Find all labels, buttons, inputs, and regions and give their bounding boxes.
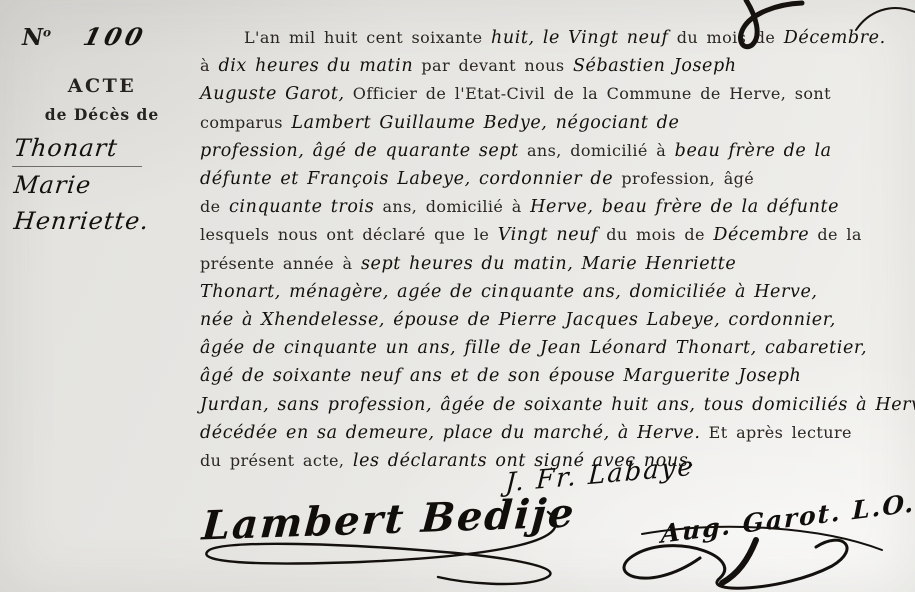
handwritten-segment: Herve, beau frère de la défunte [530, 197, 839, 217]
record-number-label: No [22, 24, 51, 51]
text-line: L'an mil huit cent soixante huit, le Vin… [200, 24, 908, 52]
printed-segment: par devant nous [421, 56, 573, 75]
printed-segment: du mois de [677, 28, 784, 47]
text-line: âgée de cinquante un ans, fille de Jean … [200, 334, 908, 362]
printed-segment: ans, domicilié à [382, 197, 530, 216]
deceased-name-line: Henriette. [12, 203, 198, 239]
handwritten-segment: défunte et François Labeye, cordonnier d… [200, 169, 621, 189]
handwritten-segment: née à Xhendelesse, épouse de Pierre Jacq… [200, 310, 836, 330]
printed-segment: Officier de l'Etat-Civil de la Commune d… [353, 84, 831, 103]
handwritten-segment: âgé de soixante neuf ans et de son épous… [200, 366, 801, 386]
margin-column: No 100 ACTE de Décès de ThonartMarieHenr… [8, 22, 196, 239]
printed-segment: de la [817, 225, 861, 244]
act-body-text: L'an mil huit cent soixante huit, le Vin… [200, 24, 908, 475]
handwritten-segment: Décembre [713, 225, 817, 245]
printed-segment: du mois de [606, 225, 713, 244]
handwritten-segment: sept heures du matin, Marie Henriette [361, 254, 736, 274]
text-line: née à Xhendelesse, épouse de Pierre Jacq… [200, 306, 908, 334]
handwritten-segment: Vingt neuf [498, 225, 607, 245]
text-line: comparus Lambert Guillaume Bedye, négoci… [200, 109, 908, 137]
printed-segment: à [200, 56, 218, 75]
text-line: profession, âgé de quarante sept ans, do… [200, 137, 908, 165]
text-line: Thonart, ménagère, agée de cinquante ans… [200, 278, 908, 306]
handwritten-segment: cinquante trois [229, 197, 382, 217]
record-number: No 100 [8, 22, 196, 51]
text-line: lesquels nous ont déclaré que le Vingt n… [200, 221, 908, 249]
printed-segment: L'an mil huit cent soixante [244, 28, 491, 47]
handwritten-segment: Jurdan, sans profession, âgée de soixant… [200, 395, 915, 415]
handwritten-segment: huit, le Vingt neuf [491, 28, 677, 48]
printed-segment: profession, âgé [621, 169, 754, 188]
printed-segment: de [200, 197, 229, 216]
garot-thick-stroke-icon [722, 540, 756, 583]
acte-subtitle: de Décès de [8, 105, 196, 124]
text-line: Auguste Garot, Officier de l'Etat-Civil … [200, 80, 908, 108]
text-line: décédée en sa demeure, place du marché, … [200, 419, 908, 447]
handwritten-segment: Auguste Garot, [200, 84, 353, 104]
handwritten-segment: beau frère de la [675, 141, 832, 161]
deceased-name-block: ThonartMarieHenriette. [8, 130, 196, 239]
garot-flourish-icon [624, 540, 847, 588]
text-line: à dix heures du matin par devant nous Sé… [200, 52, 908, 80]
printed-segment: comparus [200, 113, 291, 132]
handwritten-segment: âgée de cinquante un ans, fille de Jean … [200, 338, 867, 358]
text-line: Jurdan, sans profession, âgée de soixant… [200, 391, 908, 419]
handwritten-segment: décédée en sa demeure, place du marché, … [200, 423, 709, 443]
handwritten-segment: Sébastien Joseph [573, 56, 737, 76]
printed-segment: Et après lecture [709, 423, 852, 442]
text-line: défunte et François Labeye, cordonnier d… [200, 165, 908, 193]
text-line: présente année à sept heures du matin, M… [200, 250, 908, 278]
deceased-name-line: Marie [12, 167, 198, 203]
signature-garot: Aug. Garot. L.O. [661, 488, 915, 548]
record-number-value: 100 [54, 22, 149, 51]
text-line: âgé de soixante neuf ans et de son épous… [200, 362, 908, 390]
handwritten-segment: Thonart, ménagère, agée de cinquante ans… [200, 282, 818, 302]
death-certificate-page: No 100 ACTE de Décès de ThonartMarieHenr… [0, 0, 915, 592]
signature-bedije: Lambert Bedije [200, 489, 577, 549]
deceased-name-line: Thonart [12, 130, 146, 167]
handwritten-segment: Décembre. [784, 28, 886, 48]
printed-segment: présente année à [200, 254, 361, 273]
printed-segment: ans, domicilié à [527, 141, 675, 160]
handwritten-segment: profession, âgé de quarante sept [200, 141, 527, 161]
handwritten-segment: dix heures du matin [218, 56, 421, 76]
printed-segment: lesquels nous ont déclaré que le [200, 225, 498, 244]
printed-segment: du présent acte, [200, 451, 353, 470]
text-line: de cinquante trois ans, domicilié à Herv… [200, 193, 908, 221]
handwritten-segment: Lambert Guillaume Bedye, négociant de [291, 113, 679, 133]
acte-title: ACTE [8, 75, 196, 97]
